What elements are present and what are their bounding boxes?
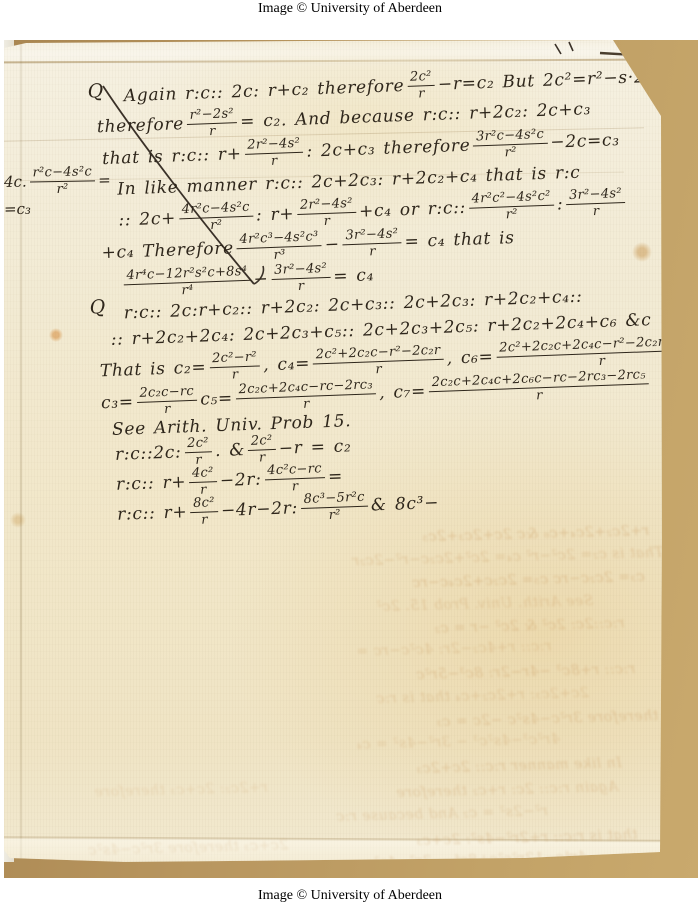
fraction: 2c²−r²r <box>209 350 261 382</box>
fraction: 2c₂c+2c₄c−rc−2rc₃r <box>235 378 376 413</box>
margin-note: =c₃ <box>4 200 31 218</box>
fraction: 2c₂c+2c₄c+2c₆c−rc−2rc₃−2rc₅r <box>428 368 649 406</box>
fraction: 8c²r <box>190 496 219 527</box>
fraction: 2c₂c−rcr <box>136 385 198 417</box>
fraction: 8c³−5r²cr² <box>300 491 368 524</box>
fraction: 2c²+2c₂c−r²−2c₂rr <box>313 344 445 379</box>
fraction: 2c²+2c₂c+2c₄c−r²−2c₂r−2c₄rr <box>496 334 700 372</box>
fraction: 2c²r <box>184 436 213 467</box>
fraction: 2r²−4s²r <box>244 137 304 169</box>
fraction: 2r²−4s²r <box>297 197 357 229</box>
fraction: 4r²c³−4s²c³r³ <box>236 230 322 263</box>
fraction: 4r⁴c−12r²s²c+8s⁴r⁴ <box>123 265 251 300</box>
fraction: 4c²r <box>189 466 218 497</box>
marginal-q-mark: Q <box>89 296 105 319</box>
copyright-caption-top: Image © University of Aberdeen <box>0 1 700 17</box>
fraction: r²−2s²r <box>186 107 237 139</box>
fraction: 3r²c−4s²cr² <box>473 128 548 161</box>
fraction: 4c²c−rcr <box>264 462 326 494</box>
marginal-q-mark: Q <box>87 80 103 103</box>
fraction: 4r²c−4s²cr² <box>178 201 253 234</box>
fraction: 3r²−4s²r <box>271 262 331 294</box>
fraction: 4r²c²−4s²c²r² <box>468 190 554 223</box>
manuscript-photo: Again r:c:: 2c: r+c₂ therefore 2c²r−r=c₂… <box>4 40 698 878</box>
bleedthrough-line: 4r⁴c−12r²s²c+8s⁴ − 3r²−4s² <box>374 849 588 871</box>
paper: Again r:c:: 2c: r+c₂ therefore 2c²r−r=c₂… <box>4 40 662 862</box>
fraction: 2c²r <box>407 70 436 101</box>
margin-note: 4c.r²c−4s²cr²= <box>4 165 111 197</box>
fraction: 3r²−4s²r <box>342 227 402 259</box>
copyright-caption-bottom: Image © University of Aberdeen <box>0 888 700 904</box>
fraction: 2c²r <box>248 434 277 465</box>
fraction: r²c−4s²cr² <box>29 165 95 196</box>
fraction: 3r²−4s²r <box>566 187 626 219</box>
manuscript-line: 4r⁴c−12r²s²c+8s⁴r⁴−3r²−4s²r= c₄ <box>120 260 374 300</box>
manuscript-text-block: Again r:c:: 2c: r+c₂ therefore 2c²r−r=c₂… <box>2 20 690 866</box>
